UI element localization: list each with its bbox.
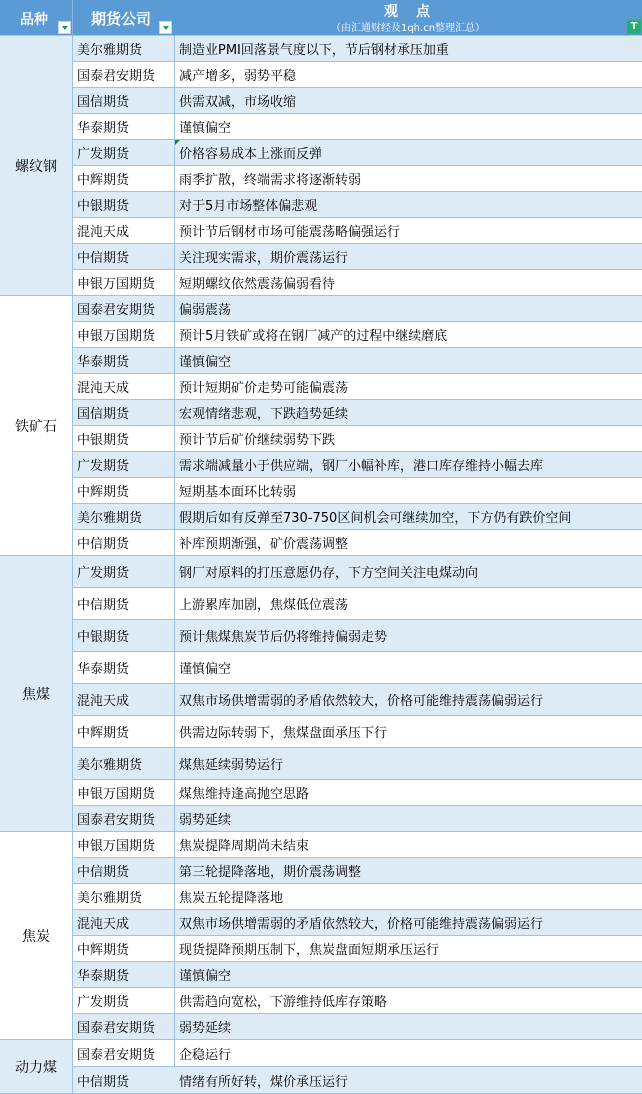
- company-cell[interactable]: 混沌天成: [73, 374, 175, 399]
- company-cell[interactable]: 中信期货: [73, 588, 175, 619]
- table-row[interactable]: 中银期货对于5月市场整体偏悲观: [73, 192, 642, 218]
- table-row[interactable]: 中信期货关注现实需求，期价震荡运行: [73, 244, 642, 270]
- table-row[interactable]: 国泰君安期货减产增多，弱势平稳: [73, 62, 642, 88]
- header-opinion-subtitle: （由汇通财经及1qh.cn整理汇总）: [174, 19, 642, 34]
- table-row[interactable]: 广发期货价格容易成本上涨而反弹: [73, 140, 642, 166]
- opinion-cell[interactable]: 预计5月铁矿或将在钢厂减产的过程中继续磨底: [175, 322, 642, 347]
- company-cell[interactable]: 中辉期货: [73, 716, 175, 747]
- opinion-cell[interactable]: 煤焦维持逢高抛空思路: [175, 780, 642, 805]
- company-cell[interactable]: 广发期货: [73, 556, 175, 587]
- opinion-cell[interactable]: 宏观情绪悲观，下跌趋势延续: [175, 400, 642, 425]
- dropdown-arrow-icon[interactable]: [159, 21, 172, 34]
- table-row[interactable]: 中信期货补库预期渐强，矿价震荡调整: [73, 530, 642, 556]
- opinion-cell[interactable]: 对于5月市场整体偏悲观: [175, 192, 642, 217]
- company-cell[interactable]: 华泰期货: [73, 348, 175, 373]
- company-cell[interactable]: 中辉期货: [73, 936, 175, 961]
- table-row[interactable]: 美尔雅期货煤焦延续弱势运行: [73, 748, 642, 780]
- company-cell[interactable]: 混沌天成: [73, 218, 175, 243]
- category-cell[interactable]: 焦煤: [0, 556, 73, 832]
- category-cell[interactable]: 焦炭: [0, 832, 73, 1040]
- table-row[interactable]: 美尔雅期货制造业PMI回落景气度以下，节后钢材承压加重: [73, 36, 642, 62]
- opinion-cell[interactable]: 预计节后钢材市场可能震荡略偏强运行: [175, 218, 642, 243]
- company-cell[interactable]: 中信期货: [73, 858, 175, 883]
- table-row[interactable]: 华泰期货谨慎偏空: [73, 348, 642, 374]
- company-cell[interactable]: 申银万国期货: [73, 780, 175, 805]
- table-row[interactable]: 中辉期货现货提降预期压制下，焦炭盘面短期承压运行: [73, 936, 642, 962]
- opinion-cell[interactable]: 短期螺纹依然震荡偏弱看待: [175, 270, 642, 295]
- table-row[interactable]: 申银万国期货煤焦维持逢高抛空思路: [73, 780, 642, 806]
- header-category: 品种: [0, 0, 73, 36]
- spreadsheet: 品种 期货公司 观 点 （由汇通财经及1qh.cn整理汇总） T 美尔雅期货制造…: [0, 0, 642, 1094]
- company-cell[interactable]: 广发期货: [73, 988, 175, 1013]
- company-cell[interactable]: 国泰君安期货: [73, 296, 175, 321]
- category-cell[interactable]: 铁矿石: [0, 296, 73, 556]
- company-cell[interactable]: 申银万国期货: [73, 322, 175, 347]
- company-cell[interactable]: 广发期货: [73, 140, 175, 165]
- table-row[interactable]: 国泰君安期货企稳运行: [73, 1040, 642, 1067]
- table-row[interactable]: 华泰期货谨慎偏空: [73, 652, 642, 684]
- table-row[interactable]: 申银万国期货短期螺纹依然震荡偏弱看待: [73, 270, 642, 296]
- table-row[interactable]: 广发期货钢厂对原料的打压意愿仍存，下方空间关注电煤动向: [73, 556, 642, 588]
- company-cell[interactable]: 中辉期货: [73, 166, 175, 191]
- table-row[interactable]: 中辉期货供需边际转弱下，焦煤盘面承压下行: [73, 716, 642, 748]
- opinion-cell[interactable]: 谨慎偏空: [175, 114, 642, 139]
- opinion-cell[interactable]: 弱势延续: [175, 1014, 642, 1039]
- opinion-cell[interactable]: 弱势延续: [175, 806, 642, 831]
- opinion-cell[interactable]: 双焦市场供增需弱的矛盾依然较大，价格可能维持震荡偏弱运行: [175, 684, 642, 715]
- company-cell[interactable]: 中信期货: [73, 244, 175, 269]
- company-cell[interactable]: 混沌天成: [73, 910, 175, 935]
- filter-active-icon[interactable]: T: [627, 20, 641, 34]
- opinion-cell[interactable]: 谨慎偏空: [175, 962, 642, 987]
- table-row[interactable]: 中信期货第三轮提降落地，期价震荡调整: [73, 858, 642, 884]
- dropdown-arrow-icon[interactable]: [58, 21, 71, 34]
- company-cell[interactable]: 混沌天成: [73, 684, 175, 715]
- category-cell[interactable]: 动力煤: [0, 1040, 73, 1094]
- company-cell[interactable]: 申银万国期货: [73, 832, 175, 857]
- table-row[interactable]: 中信期货上游累库加剧，焦煤低位震荡: [73, 588, 642, 620]
- opinion-cell[interactable]: 偏弱震荡: [175, 296, 642, 321]
- company-cell[interactable]: 广发期货: [73, 452, 175, 477]
- opinion-cell[interactable]: 供需边际转弱下，焦煤盘面承压下行: [175, 716, 642, 747]
- opinion-cell[interactable]: 假期后如有反弹至730-750区间机会可继续加空，下方仍有跌价空间: [175, 504, 642, 529]
- opinion-cell[interactable]: 短期基本面环比转弱: [175, 478, 642, 503]
- opinion-cell[interactable]: 企稳运行: [175, 1040, 642, 1066]
- opinion-cell[interactable]: 第三轮提降落地，期价震荡调整: [175, 858, 642, 883]
- opinion-cell[interactable]: 焦炭提降周期尚未结束: [175, 832, 642, 857]
- opinion-cell[interactable]: 双焦市场供增需弱的矛盾依然较大，价格可能维持震荡偏弱运行: [175, 910, 642, 935]
- header-category-label: 品种: [20, 9, 48, 29]
- header-row: 品种 期货公司 观 点 （由汇通财经及1qh.cn整理汇总） T: [0, 0, 642, 36]
- opinion-cell[interactable]: 预计短期矿价走势可能偏震荡: [175, 374, 642, 399]
- table-row[interactable]: 国泰君安期货弱势延续: [73, 1014, 642, 1040]
- company-cell[interactable]: 国泰君安期货: [73, 62, 175, 87]
- company-cell[interactable]: 华泰期货: [73, 962, 175, 987]
- opinion-cell[interactable]: 谨慎偏空: [175, 348, 642, 373]
- header-opinion: 观 点 （由汇通财经及1qh.cn整理汇总） T: [174, 0, 642, 36]
- company-cell[interactable]: 国泰君安期货: [73, 1014, 175, 1039]
- table-row[interactable]: 国信期货供需双减，市场收缩: [73, 88, 642, 114]
- table-row[interactable]: 广发期货供需趋向宽松，下游维持低库存策略: [73, 988, 642, 1014]
- table-row[interactable]: 美尔雅期货假期后如有反弹至730-750区间机会可继续加空，下方仍有跌价空间: [73, 504, 642, 530]
- header-company-label: 期货公司: [91, 8, 151, 29]
- opinion-cell[interactable]: 关注现实需求，期价震荡运行: [175, 244, 642, 269]
- opinion-cell[interactable]: 供需双减，市场收缩: [175, 88, 642, 113]
- company-cell[interactable]: 华泰期货: [73, 652, 175, 683]
- table-row[interactable]: 国信期货宏观情绪悲观，下跌趋势延续: [73, 400, 642, 426]
- table-row[interactable]: 华泰期货谨慎偏空: [73, 962, 642, 988]
- table-row[interactable]: 广发期货需求端减量小于供应端，钢厂小幅补库，港口库存维持小幅去库: [73, 452, 642, 478]
- header-company: 期货公司: [73, 0, 174, 36]
- company-cell[interactable]: 中信期货: [73, 1067, 175, 1093]
- table-row[interactable]: 混沌天成预计节后钢材市场可能震荡略偏强运行: [73, 218, 642, 244]
- opinion-cell[interactable]: 供需趋向宽松，下游维持低库存策略: [175, 988, 642, 1013]
- opinion-cell[interactable]: 减产增多，弱势平稳: [175, 62, 642, 87]
- table-row[interactable]: 混沌天成双焦市场供增需弱的矛盾依然较大，价格可能维持震荡偏弱运行: [73, 684, 642, 716]
- opinion-cell[interactable]: 雨季扩散，终端需求将逐渐转弱: [175, 166, 642, 191]
- company-cell[interactable]: 美尔雅期货: [73, 884, 175, 909]
- table-row[interactable]: 中信期货情绪有所好转，煤价承压运行: [73, 1067, 642, 1094]
- opinion-cell[interactable]: 上游累库加剧，焦煤低位震荡: [175, 588, 642, 619]
- opinion-cell[interactable]: 价格容易成本上涨而反弹: [175, 140, 642, 165]
- opinion-cell[interactable]: 需求端减量小于供应端，钢厂小幅补库，港口库存维持小幅去库: [175, 452, 642, 477]
- header-opinion-title: 观 点: [174, 1, 642, 21]
- opinion-cell[interactable]: 制造业PMI回落景气度以下，节后钢材承压加重: [175, 36, 642, 61]
- opinion-cell[interactable]: 谨慎偏空: [175, 652, 642, 683]
- company-cell[interactable]: 美尔雅期货: [73, 36, 175, 61]
- opinion-cell[interactable]: 情绪有所好转，煤价承压运行: [175, 1067, 642, 1093]
- table-row[interactable]: 中辉期货短期基本面环比转弱: [73, 478, 642, 504]
- company-cell[interactable]: 中银期货: [73, 192, 175, 217]
- company-cell[interactable]: 国信期货: [73, 400, 175, 425]
- table-row[interactable]: 中银期货预计节后矿价继续弱势下跌: [73, 426, 642, 452]
- company-cell[interactable]: 申银万国期货: [73, 270, 175, 295]
- company-cell[interactable]: 美尔雅期货: [73, 748, 175, 779]
- table-row[interactable]: 混沌天成预计短期矿价走势可能偏震荡: [73, 374, 642, 400]
- opinion-cell[interactable]: 预计焦煤焦炭节后仍将维持偏弱走势: [175, 620, 642, 651]
- opinion-cell[interactable]: 钢厂对原料的打压意愿仍存，下方空间关注电煤动向: [175, 556, 642, 587]
- opinion-cell[interactable]: 煤焦延续弱势运行: [175, 748, 642, 779]
- company-cell[interactable]: 美尔雅期货: [73, 504, 175, 529]
- table-row[interactable]: 中银期货预计焦煤焦炭节后仍将维持偏弱走势: [73, 620, 642, 652]
- table-row[interactable]: 国泰君安期货弱势延续: [73, 806, 642, 832]
- table-row[interactable]: 华泰期货谨慎偏空: [73, 114, 642, 140]
- company-cell[interactable]: 国信期货: [73, 88, 175, 113]
- opinion-cell[interactable]: 焦炭五轮提降落地: [175, 884, 642, 909]
- opinion-cell[interactable]: 补库预期渐强，矿价震荡调整: [175, 530, 642, 555]
- company-cell[interactable]: 中信期货: [73, 530, 175, 555]
- company-cell[interactable]: 国泰君安期货: [73, 806, 175, 831]
- company-cell[interactable]: 国泰君安期货: [73, 1040, 175, 1066]
- opinion-cell[interactable]: 预计节后矿价继续弱势下跌: [175, 426, 642, 451]
- table-row[interactable]: 混沌天成双焦市场供增需弱的矛盾依然较大，价格可能维持震荡偏弱运行: [73, 910, 642, 936]
- table-row[interactable]: 国泰君安期货偏弱震荡: [73, 296, 642, 322]
- table-row[interactable]: 申银万国期货预计5月铁矿或将在钢厂减产的过程中继续磨底: [73, 322, 642, 348]
- company-cell[interactable]: 中银期货: [73, 620, 175, 651]
- table-row[interactable]: 申银万国期货焦炭提降周期尚未结束: [73, 832, 642, 858]
- comment-indicator-icon[interactable]: [175, 140, 180, 145]
- company-cell[interactable]: 中银期货: [73, 426, 175, 451]
- opinion-cell[interactable]: 现货提降预期压制下，焦炭盘面短期承压运行: [175, 936, 642, 961]
- category-cell[interactable]: 螺纹钢: [0, 36, 73, 296]
- company-cell[interactable]: 华泰期货: [73, 114, 175, 139]
- table-row[interactable]: 美尔雅期货焦炭五轮提降落地: [73, 884, 642, 910]
- table-row[interactable]: 中辉期货雨季扩散，终端需求将逐渐转弱: [73, 166, 642, 192]
- company-cell[interactable]: 中辉期货: [73, 478, 175, 503]
